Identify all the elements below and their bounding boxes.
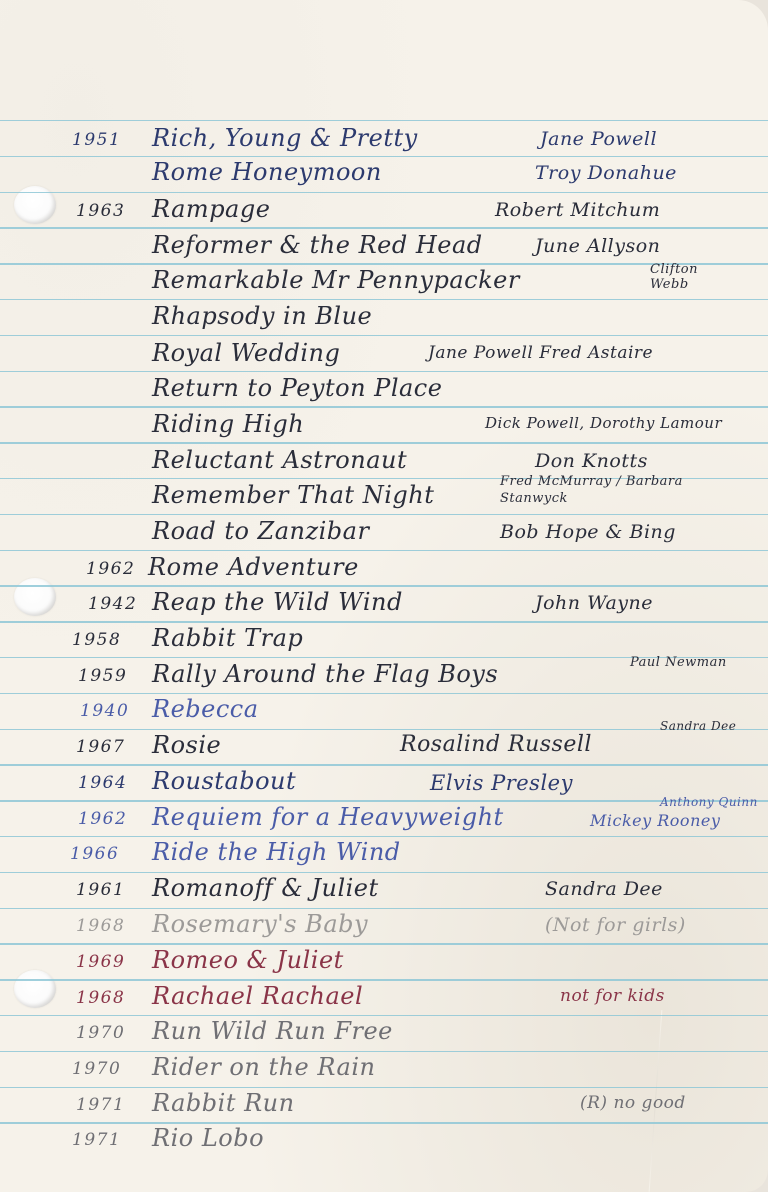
list-item: 1970Rider on the Rain <box>0 1049 768 1085</box>
notebook-page: 1951Rich, Young & PrettyJane PowellRome … <box>0 0 768 1192</box>
entry-note: Anthony Quinn <box>660 795 758 809</box>
entry-actor: not for kids <box>560 986 665 1006</box>
list-item: 1962Rome Adventure <box>0 549 768 585</box>
list-item: Remember That NightFred McMurray / Barba… <box>0 477 768 513</box>
list-item: Rome HoneymoonTroy Donahue <box>0 154 768 190</box>
entry-title: Rachael Rachael <box>152 982 363 1010</box>
entry-actor: Don Knotts <box>535 450 648 472</box>
entry-actor: Elvis Presley <box>430 771 573 795</box>
entry-title: Reluctant Astronaut <box>152 446 407 474</box>
entry-title: Rabbit Run <box>152 1089 295 1117</box>
entry-title: Royal Wedding <box>152 339 340 367</box>
entry-title: Requiem for a Heavyweight <box>152 803 504 831</box>
entry-actor: Bob Hope & Bing <box>500 521 676 543</box>
entry-title: Romanoff & Juliet <box>152 874 379 902</box>
entry-actor: John Wayne <box>535 592 653 614</box>
entry-actor: Mickey Rooney <box>590 811 720 830</box>
entry-actor: Jane Powell Fred Astaire <box>428 343 653 363</box>
entry-year: 1962 <box>78 809 127 829</box>
entry-year: 1968 <box>76 988 125 1008</box>
list-item: 1958Rabbit Trap <box>0 620 768 656</box>
list-item: 1959Rally Around the Flag BoysPaul Newma… <box>0 656 768 692</box>
entry-year: 1963 <box>76 201 125 221</box>
entry-year: 1970 <box>72 1059 121 1079</box>
entry-title: Run Wild Run Free <box>152 1017 393 1045</box>
entry-note: Sandra Dee <box>660 719 736 733</box>
list-item: 1961Romanoff & JulietSandra Dee <box>0 870 768 906</box>
entry-actor: June Allyson <box>535 235 660 257</box>
entry-title: Roustabout <box>152 767 296 795</box>
entry-year: 1942 <box>88 594 137 614</box>
entry-year: 1966 <box>70 844 119 864</box>
entry-year: 1959 <box>78 666 127 686</box>
entry-year: 1971 <box>76 1095 125 1115</box>
entry-year: 1951 <box>72 130 121 150</box>
entry-actor: Fred McMurray / Barbara Stanwyck <box>500 473 740 507</box>
entry-actor: (Not for girls) <box>545 914 686 936</box>
entry-year: 1968 <box>76 916 125 936</box>
list-item: 1968Rosemary's Baby(Not for girls) <box>0 906 768 942</box>
entry-actor: Dick Powell, Dorothy Lamour <box>485 414 722 432</box>
list-item: 1970Run Wild Run Free <box>0 1013 768 1049</box>
list-item: 1967RosieRosalind RussellSandra Dee <box>0 727 768 763</box>
entry-title: Rally Around the Flag Boys <box>152 660 498 688</box>
entry-actor: Jane Powell <box>540 128 657 150</box>
list-item: 1966Ride the High Wind <box>0 834 768 870</box>
entry-year: 1971 <box>72 1130 121 1150</box>
entry-actor: Robert Mitchum <box>495 199 660 221</box>
entry-title: Riding High <box>152 410 304 438</box>
entry-actor: (R) no good <box>580 1093 686 1113</box>
list-item: 1942Reap the Wild WindJohn Wayne <box>0 584 768 620</box>
entry-title: Rampage <box>152 195 270 223</box>
list-item: Return to Peyton Place <box>0 370 768 406</box>
entry-actor: Rosalind Russell <box>400 732 592 757</box>
entry-year: 1964 <box>78 773 127 793</box>
list-item: Reformer & the Red HeadJune Allyson <box>0 227 768 263</box>
list-item: 1962Requiem for a HeavyweightMickey Roon… <box>0 799 768 835</box>
entry-title: Reformer & the Red Head <box>152 231 483 259</box>
list-item: Riding HighDick Powell, Dorothy Lamour <box>0 406 768 442</box>
entry-title: Rich, Young & Pretty <box>152 124 418 152</box>
entry-year: 1970 <box>76 1023 125 1043</box>
list-item: Royal WeddingJane Powell Fred Astaire <box>0 335 768 371</box>
entry-year: 1958 <box>72 630 121 650</box>
entry-title: Reap the Wild Wind <box>152 588 403 616</box>
entry-title: Rabbit Trap <box>152 624 303 652</box>
list-item: Rhapsody in Blue <box>0 298 768 334</box>
list-item: 1940Rebecca <box>0 691 768 727</box>
entry-title: Rosie <box>152 731 221 759</box>
list-item: 1963RampageRobert Mitchum <box>0 191 768 227</box>
list-item: Remarkable Mr PennypackerClifton Webb <box>0 262 768 298</box>
entry-year: 1940 <box>80 701 129 721</box>
list-item: 1968Rachael Rachaelnot for kids <box>0 978 768 1014</box>
entry-title: Ride the High Wind <box>152 838 401 866</box>
entry-title: Rio Lobo <box>152 1124 264 1152</box>
entry-title: Romeo & Juliet <box>152 946 344 974</box>
entry-title: Rosemary's Baby <box>152 910 368 938</box>
list-item: 1969Romeo & Juliet <box>0 942 768 978</box>
entry-title: Rome Adventure <box>148 553 359 581</box>
entry-title: Remarkable Mr Pennypacker <box>152 266 520 294</box>
entry-year: 1969 <box>76 952 125 972</box>
entry-actor: Troy Donahue <box>535 162 677 184</box>
list-item: Road to ZanzibarBob Hope & Bing <box>0 513 768 549</box>
entry-actor: Clifton Webb <box>650 262 720 292</box>
entry-title: Remember That Night <box>152 481 434 509</box>
list-item: 1971Rio Lobo <box>0 1120 768 1156</box>
entry-year: 1962 <box>86 559 135 579</box>
entry-title: Return to Peyton Place <box>152 374 442 402</box>
entry-title: Rome Honeymoon <box>152 158 382 186</box>
entry-year: 1961 <box>76 880 125 900</box>
entry-actor: Sandra Dee <box>545 878 663 900</box>
list-item: 1971Rabbit Run(R) no good <box>0 1085 768 1121</box>
entry-title: Rebecca <box>152 695 259 723</box>
entry-title: Rhapsody in Blue <box>152 302 372 330</box>
entry-actor: Paul Newman <box>630 656 740 670</box>
entry-year: 1967 <box>76 737 125 757</box>
list-item: 1964RoustaboutElvis Presley <box>0 763 768 799</box>
entry-title: Rider on the Rain <box>152 1053 375 1081</box>
list-item: 1951Rich, Young & PrettyJane Powell <box>0 120 768 156</box>
entry-title: Road to Zanzibar <box>152 517 369 545</box>
